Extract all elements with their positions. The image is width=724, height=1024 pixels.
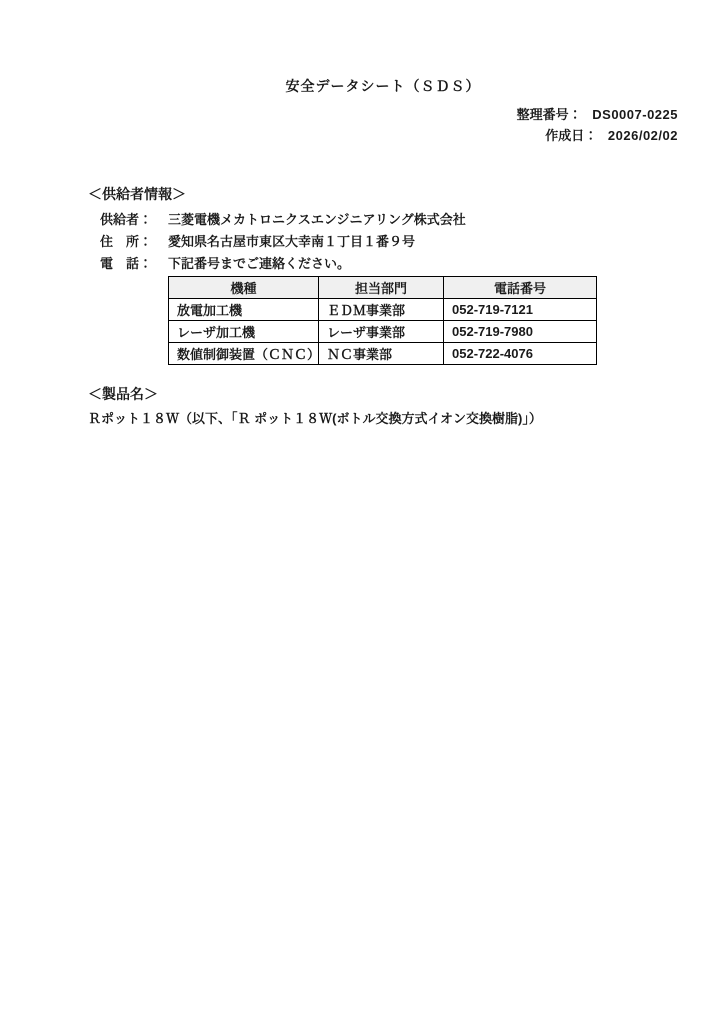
document-meta: 整理番号： DS0007-0225 作成日： 2026/02/02	[88, 104, 678, 146]
phone-cell: 052-722-4076	[444, 343, 597, 365]
supplier-name-row: 供給者： 三菱電機メカトロニクスエンジニアリング株式会社	[100, 209, 678, 231]
product-name-line: Ｒポット１８Ｗ（以下、「Ｒ ポット１８Ｗ(ボトル交換方式イオン交換樹脂)」）	[88, 410, 678, 428]
table-row: レーザ加工機 レーザ事業部 052-719-7980	[169, 321, 597, 343]
supplier-phone-row: 電 話： 下記番号までご連絡ください。	[100, 253, 678, 275]
supplier-phone-label: 電 話：	[100, 253, 168, 275]
reference-number-value: DS0007-0225	[592, 104, 678, 125]
machine-cell: 放電加工機	[169, 299, 319, 321]
creation-date-row: 作成日： 2026/02/02	[88, 125, 678, 146]
contact-table-header-phone: 電話番号	[444, 277, 597, 299]
document-title: 安全データシート（ＳＤＳ）	[88, 78, 678, 95]
contact-table-header-department: 担当部門	[319, 277, 444, 299]
table-row: 数値制御装置（ＣＮＣ） ＮＣ事業部 052-722-4076	[169, 343, 597, 365]
department-cell: ＮＣ事業部	[319, 343, 444, 365]
department-cell: レーザ事業部	[319, 321, 444, 343]
machine-cell: 数値制御装置（ＣＮＣ）	[169, 343, 319, 365]
supplier-section-heading: ＜供給者情報＞	[88, 186, 678, 203]
product-section-heading: ＜製品名＞	[88, 386, 678, 403]
reference-number-label: 整理番号：	[517, 104, 582, 125]
phone-cell: 052-719-7980	[444, 321, 597, 343]
supplier-name-label: 供給者：	[100, 209, 168, 231]
contact-table-header-machine: 機種	[169, 277, 319, 299]
table-row: 放電加工機 ＥＤＭ事業部 052-719-7121	[169, 299, 597, 321]
supplier-info-rows: 供給者： 三菱電機メカトロニクスエンジニアリング株式会社 住 所： 愛知県名古屋…	[100, 209, 678, 275]
sds-document-page: 安全データシート（ＳＤＳ） 整理番号： DS0007-0225 作成日： 202…	[0, 0, 724, 1024]
contact-table: 機種 担当部門 電話番号 放電加工機 ＥＤＭ事業部 052-719-7121 レ…	[168, 276, 597, 365]
creation-date-value: 2026/02/02	[608, 125, 678, 146]
supplier-address-label: 住 所：	[100, 231, 168, 253]
machine-cell: レーザ加工機	[169, 321, 319, 343]
department-cell: ＥＤＭ事業部	[319, 299, 444, 321]
document-content: 安全データシート（ＳＤＳ） 整理番号： DS0007-0225 作成日： 202…	[88, 0, 678, 428]
reference-number-row: 整理番号： DS0007-0225	[88, 104, 678, 125]
contact-table-header-row: 機種 担当部門 電話番号	[169, 277, 597, 299]
supplier-name-value: 三菱電機メカトロニクスエンジニアリング株式会社	[168, 209, 466, 231]
creation-date-label: 作成日：	[545, 125, 597, 146]
phone-cell: 052-719-7121	[444, 299, 597, 321]
supplier-address-row: 住 所： 愛知県名古屋市東区大幸南１丁目１番９号	[100, 231, 678, 253]
supplier-address-value: 愛知県名古屋市東区大幸南１丁目１番９号	[168, 231, 415, 253]
supplier-phone-value: 下記番号までご連絡ください。	[168, 253, 350, 275]
